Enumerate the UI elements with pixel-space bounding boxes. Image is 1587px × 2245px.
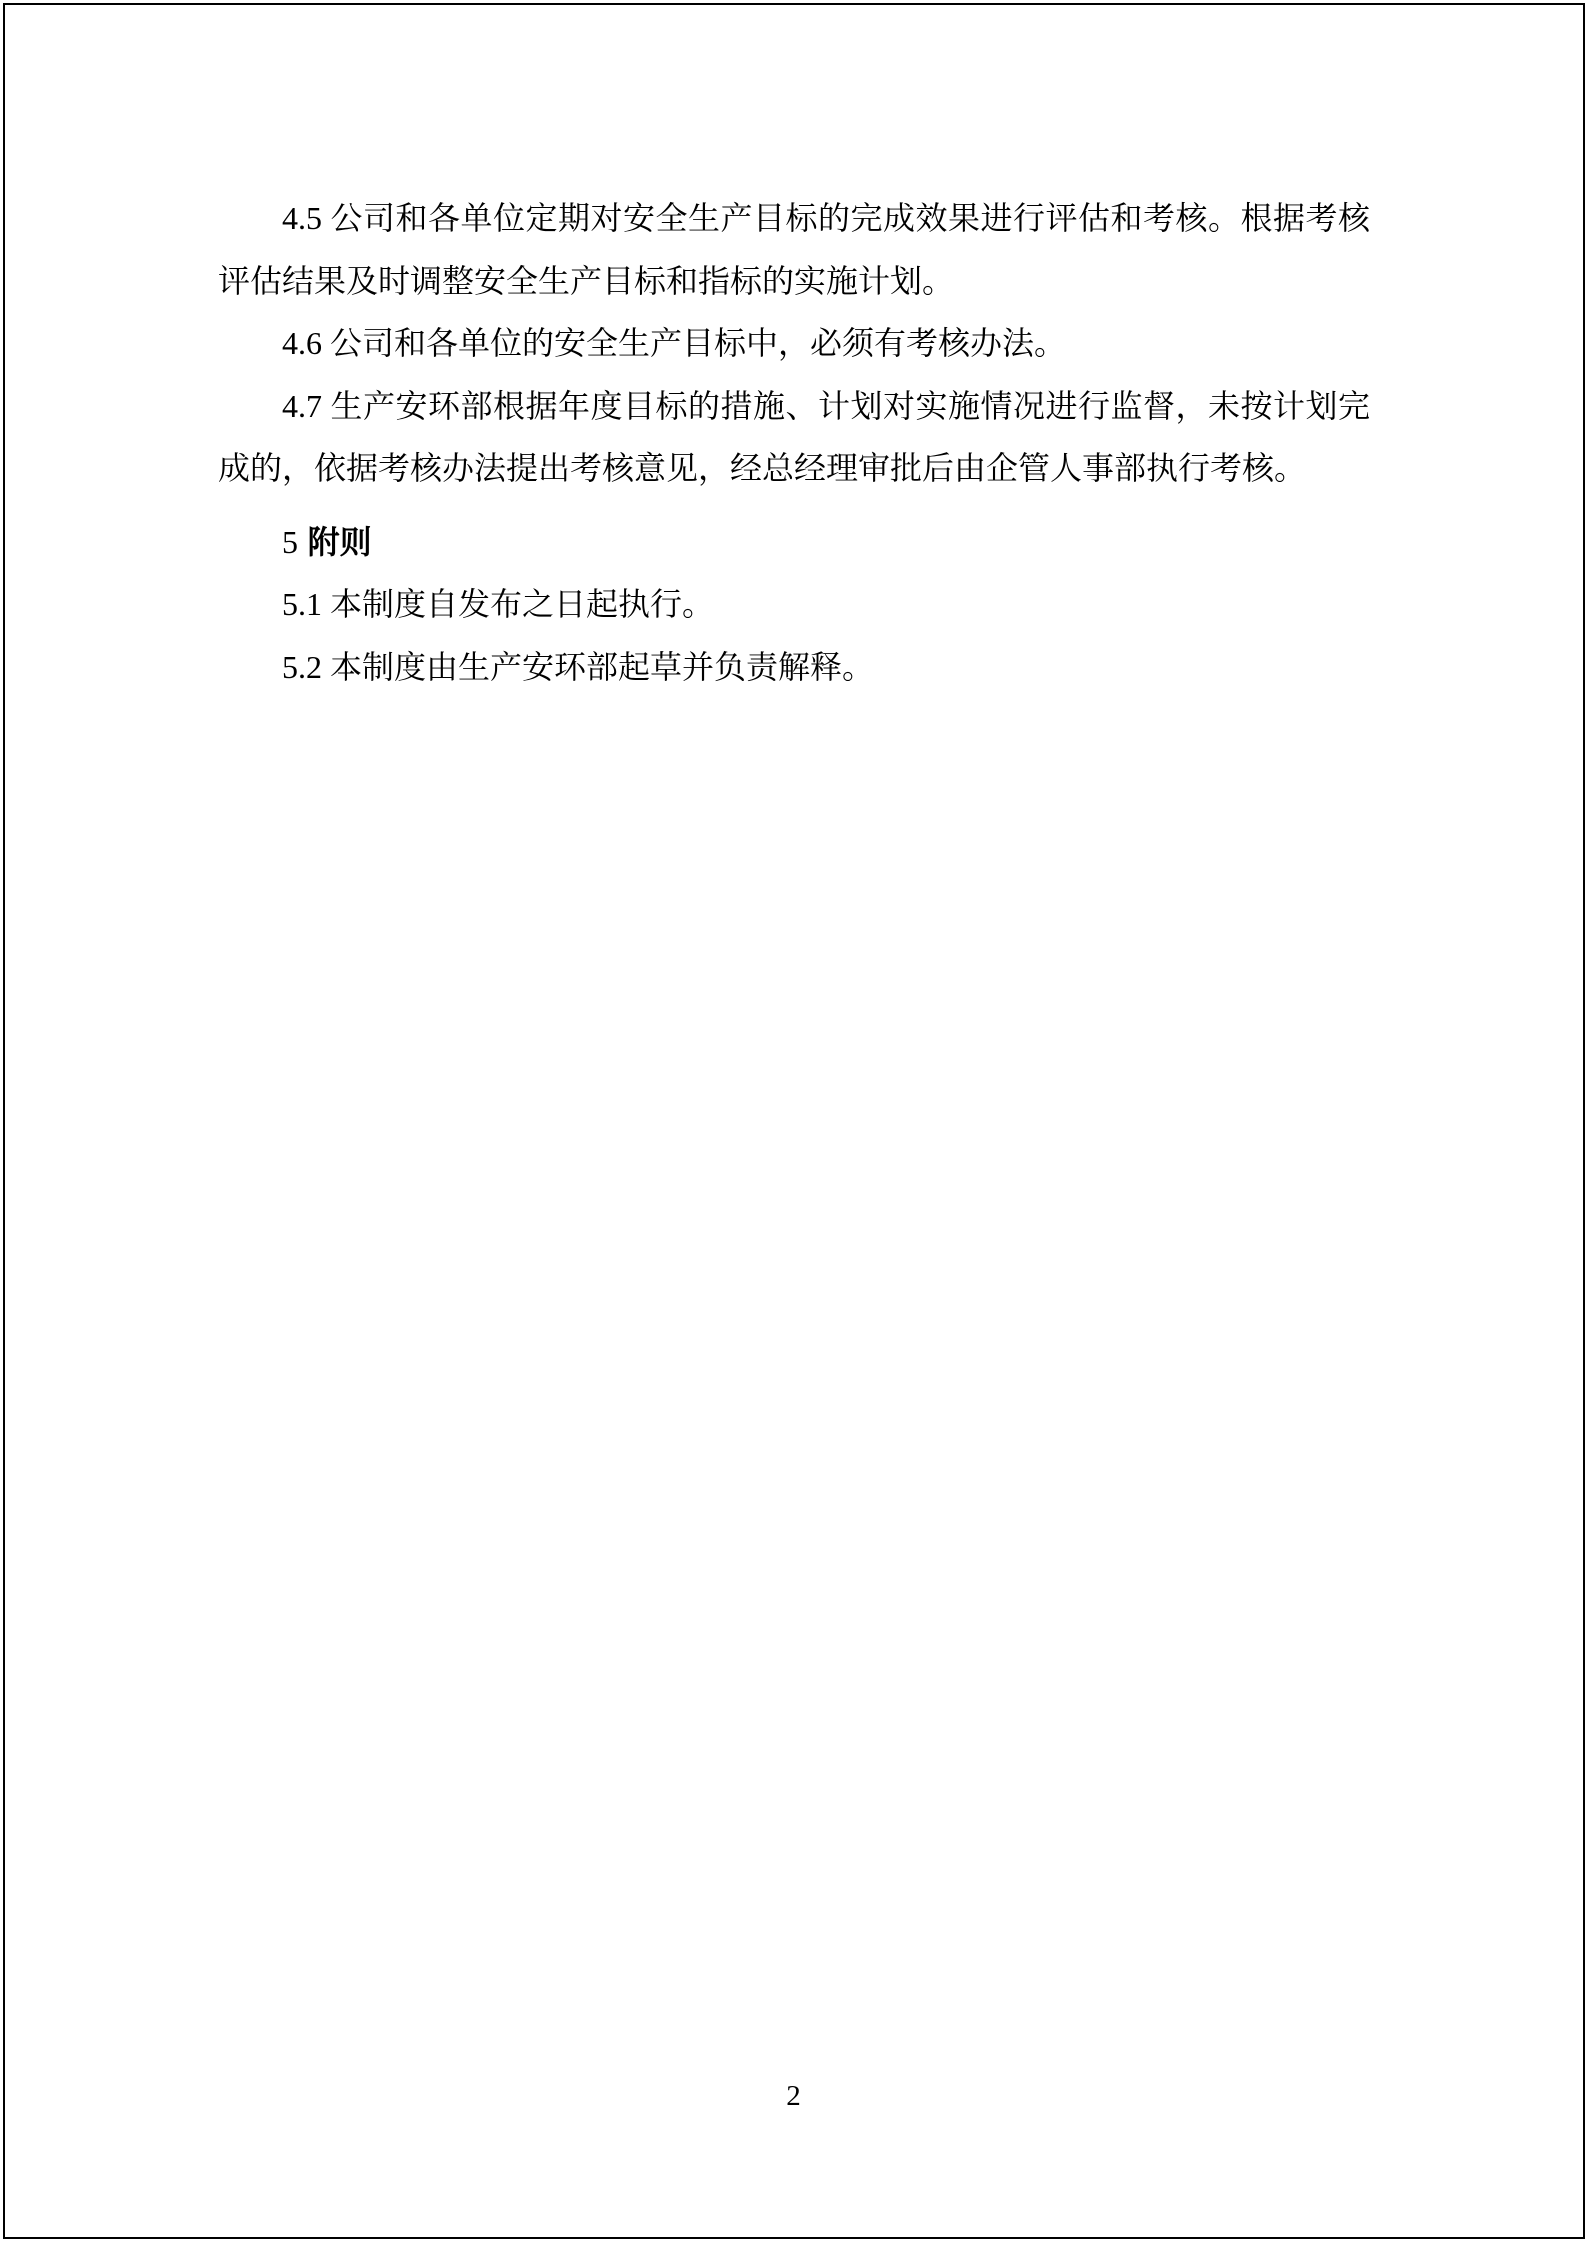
document-body: 4.5 公司和各单位定期对安全生产目标的完成效果进行评估和考核。根据考核评估结果… <box>218 187 1370 698</box>
paragraph-4-6: 4.6 公司和各单位的安全生产目标中，必须有考核办法。 <box>218 312 1370 375</box>
paragraph-4-5: 4.5 公司和各单位定期对安全生产目标的完成效果进行评估和考核。根据考核评估结果… <box>218 187 1370 312</box>
document-page: 4.5 公司和各单位定期对安全生产目标的完成效果进行评估和考核。根据考核评估结果… <box>0 0 1587 2245</box>
section-heading-title: 附则 <box>308 524 372 560</box>
paragraph-5-2: 5.2 本制度由生产安环部起草并负责解释。 <box>218 636 1370 699</box>
paragraph-5-1: 5.1 本制度自发布之日起执行。 <box>218 573 1370 636</box>
section-heading-5: 5附则 <box>218 511 1370 574</box>
page-number: 2 <box>0 2078 1587 2114</box>
section-heading-number: 5 <box>282 524 298 560</box>
paragraph-4-7: 4.7 生产安环部根据年度目标的措施、计划对实施情况进行监督，未按计划完成的，依… <box>218 375 1370 500</box>
